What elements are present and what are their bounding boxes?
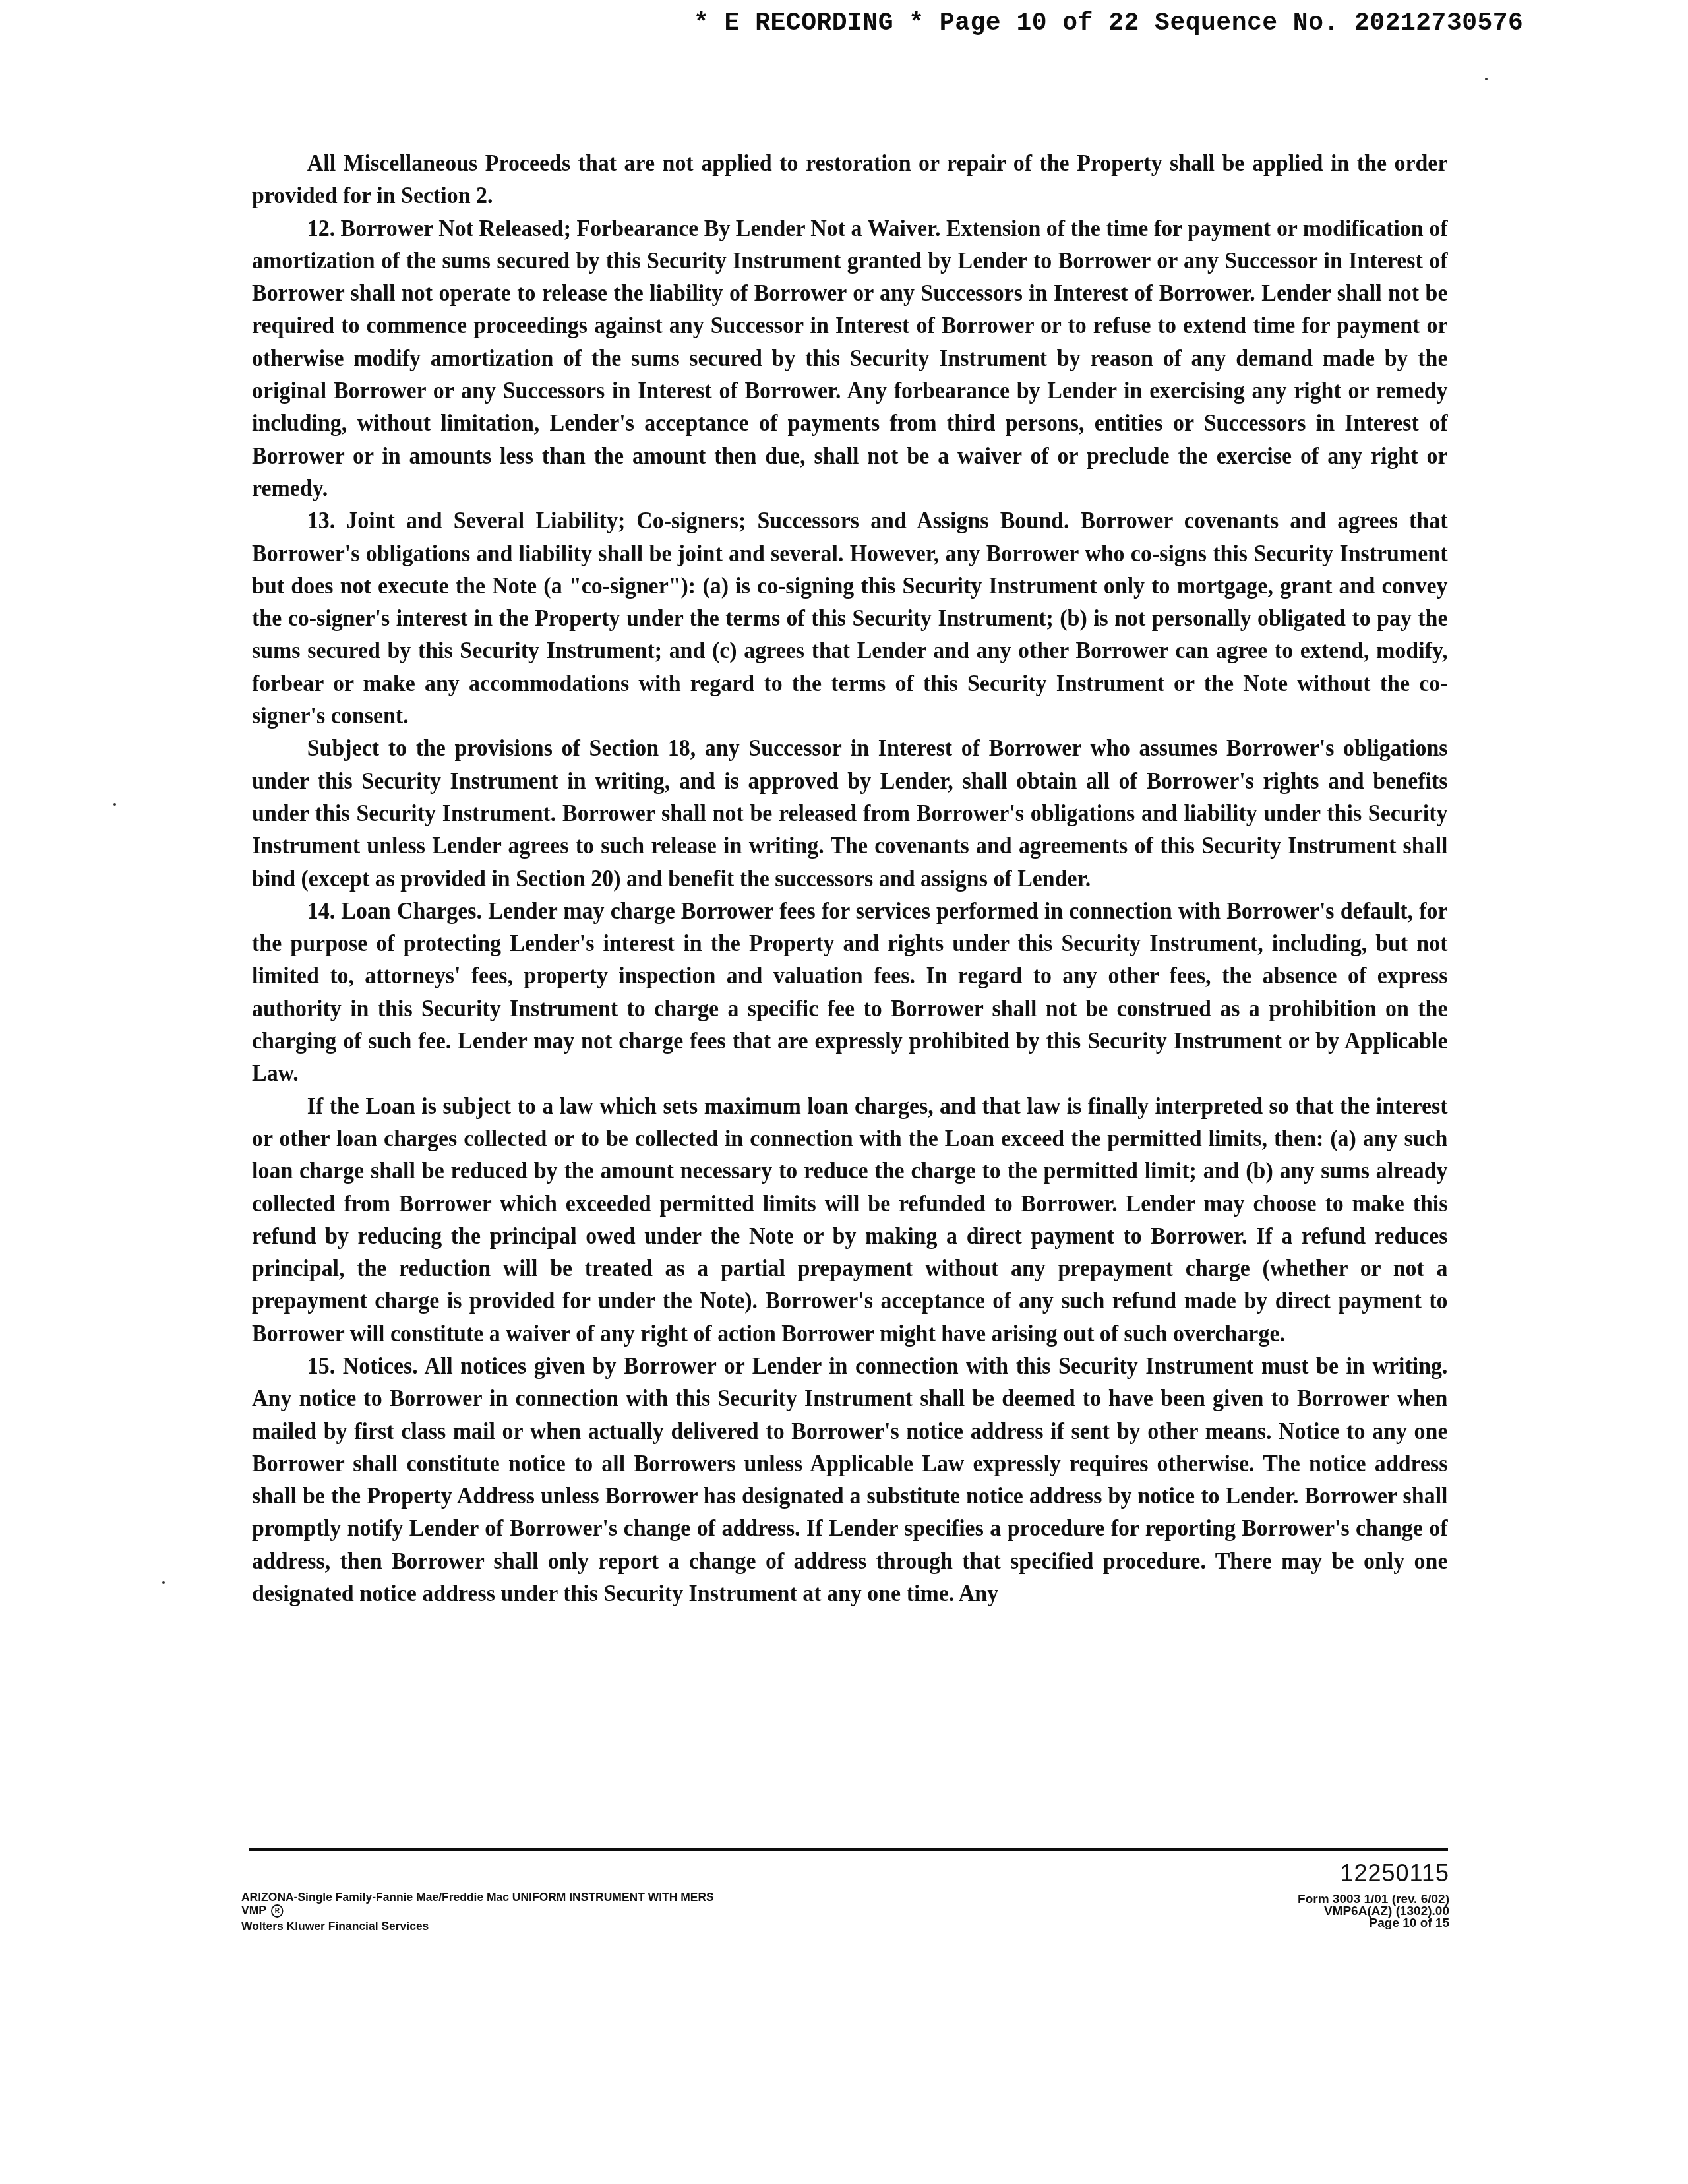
loan-number: 12250115 <box>1341 1860 1450 1887</box>
document-body: All Miscellaneous Proceeds that are not … <box>252 146 1448 1609</box>
footer-divider <box>249 1848 1448 1851</box>
footer-form-number: Form 3003 1/01 (rev. 6/02) VMP6A(AZ) (13… <box>1298 1894 1449 1929</box>
scan-speck <box>162 1581 165 1584</box>
footer-form-info: ARIZONA-Single Family-Fannie Mae/Freddie… <box>241 1891 714 1933</box>
paragraph-section-13: 13. Joint and Several Liability; Co-sign… <box>252 504 1448 731</box>
publisher: Wolters Kluwer Financial Services <box>241 1920 714 1933</box>
paragraph-section-14: 14. Loan Charges. Lender may charge Borr… <box>252 894 1448 1089</box>
recording-stamp: * E RECORDING * Page 10 of 22 Sequence N… <box>694 9 1523 38</box>
page-label: Page 10 of 15 <box>1298 1918 1449 1929</box>
scan-speck <box>1485 78 1488 80</box>
paragraph-section-15: 15. Notices. All notices given by Borrow… <box>252 1349 1448 1609</box>
paragraph-max-loan-charges: If the Loan is subject to a law which se… <box>252 1089 1448 1349</box>
paragraph-section-12: 12. Borrower Not Released; Forbearance B… <box>252 212 1448 504</box>
form-title: ARIZONA-Single Family-Fannie Mae/Freddie… <box>241 1891 714 1904</box>
vmp-label: VMP <box>241 1904 266 1918</box>
paragraph-misc-proceeds: All Miscellaneous Proceeds that are not … <box>252 146 1448 212</box>
scan-speck <box>113 803 116 806</box>
vmp-line: VMP R <box>241 1904 714 1918</box>
registered-trademark-icon: R <box>271 1904 283 1918</box>
paragraph-successors: Subject to the provisions of Section 18,… <box>252 731 1448 894</box>
